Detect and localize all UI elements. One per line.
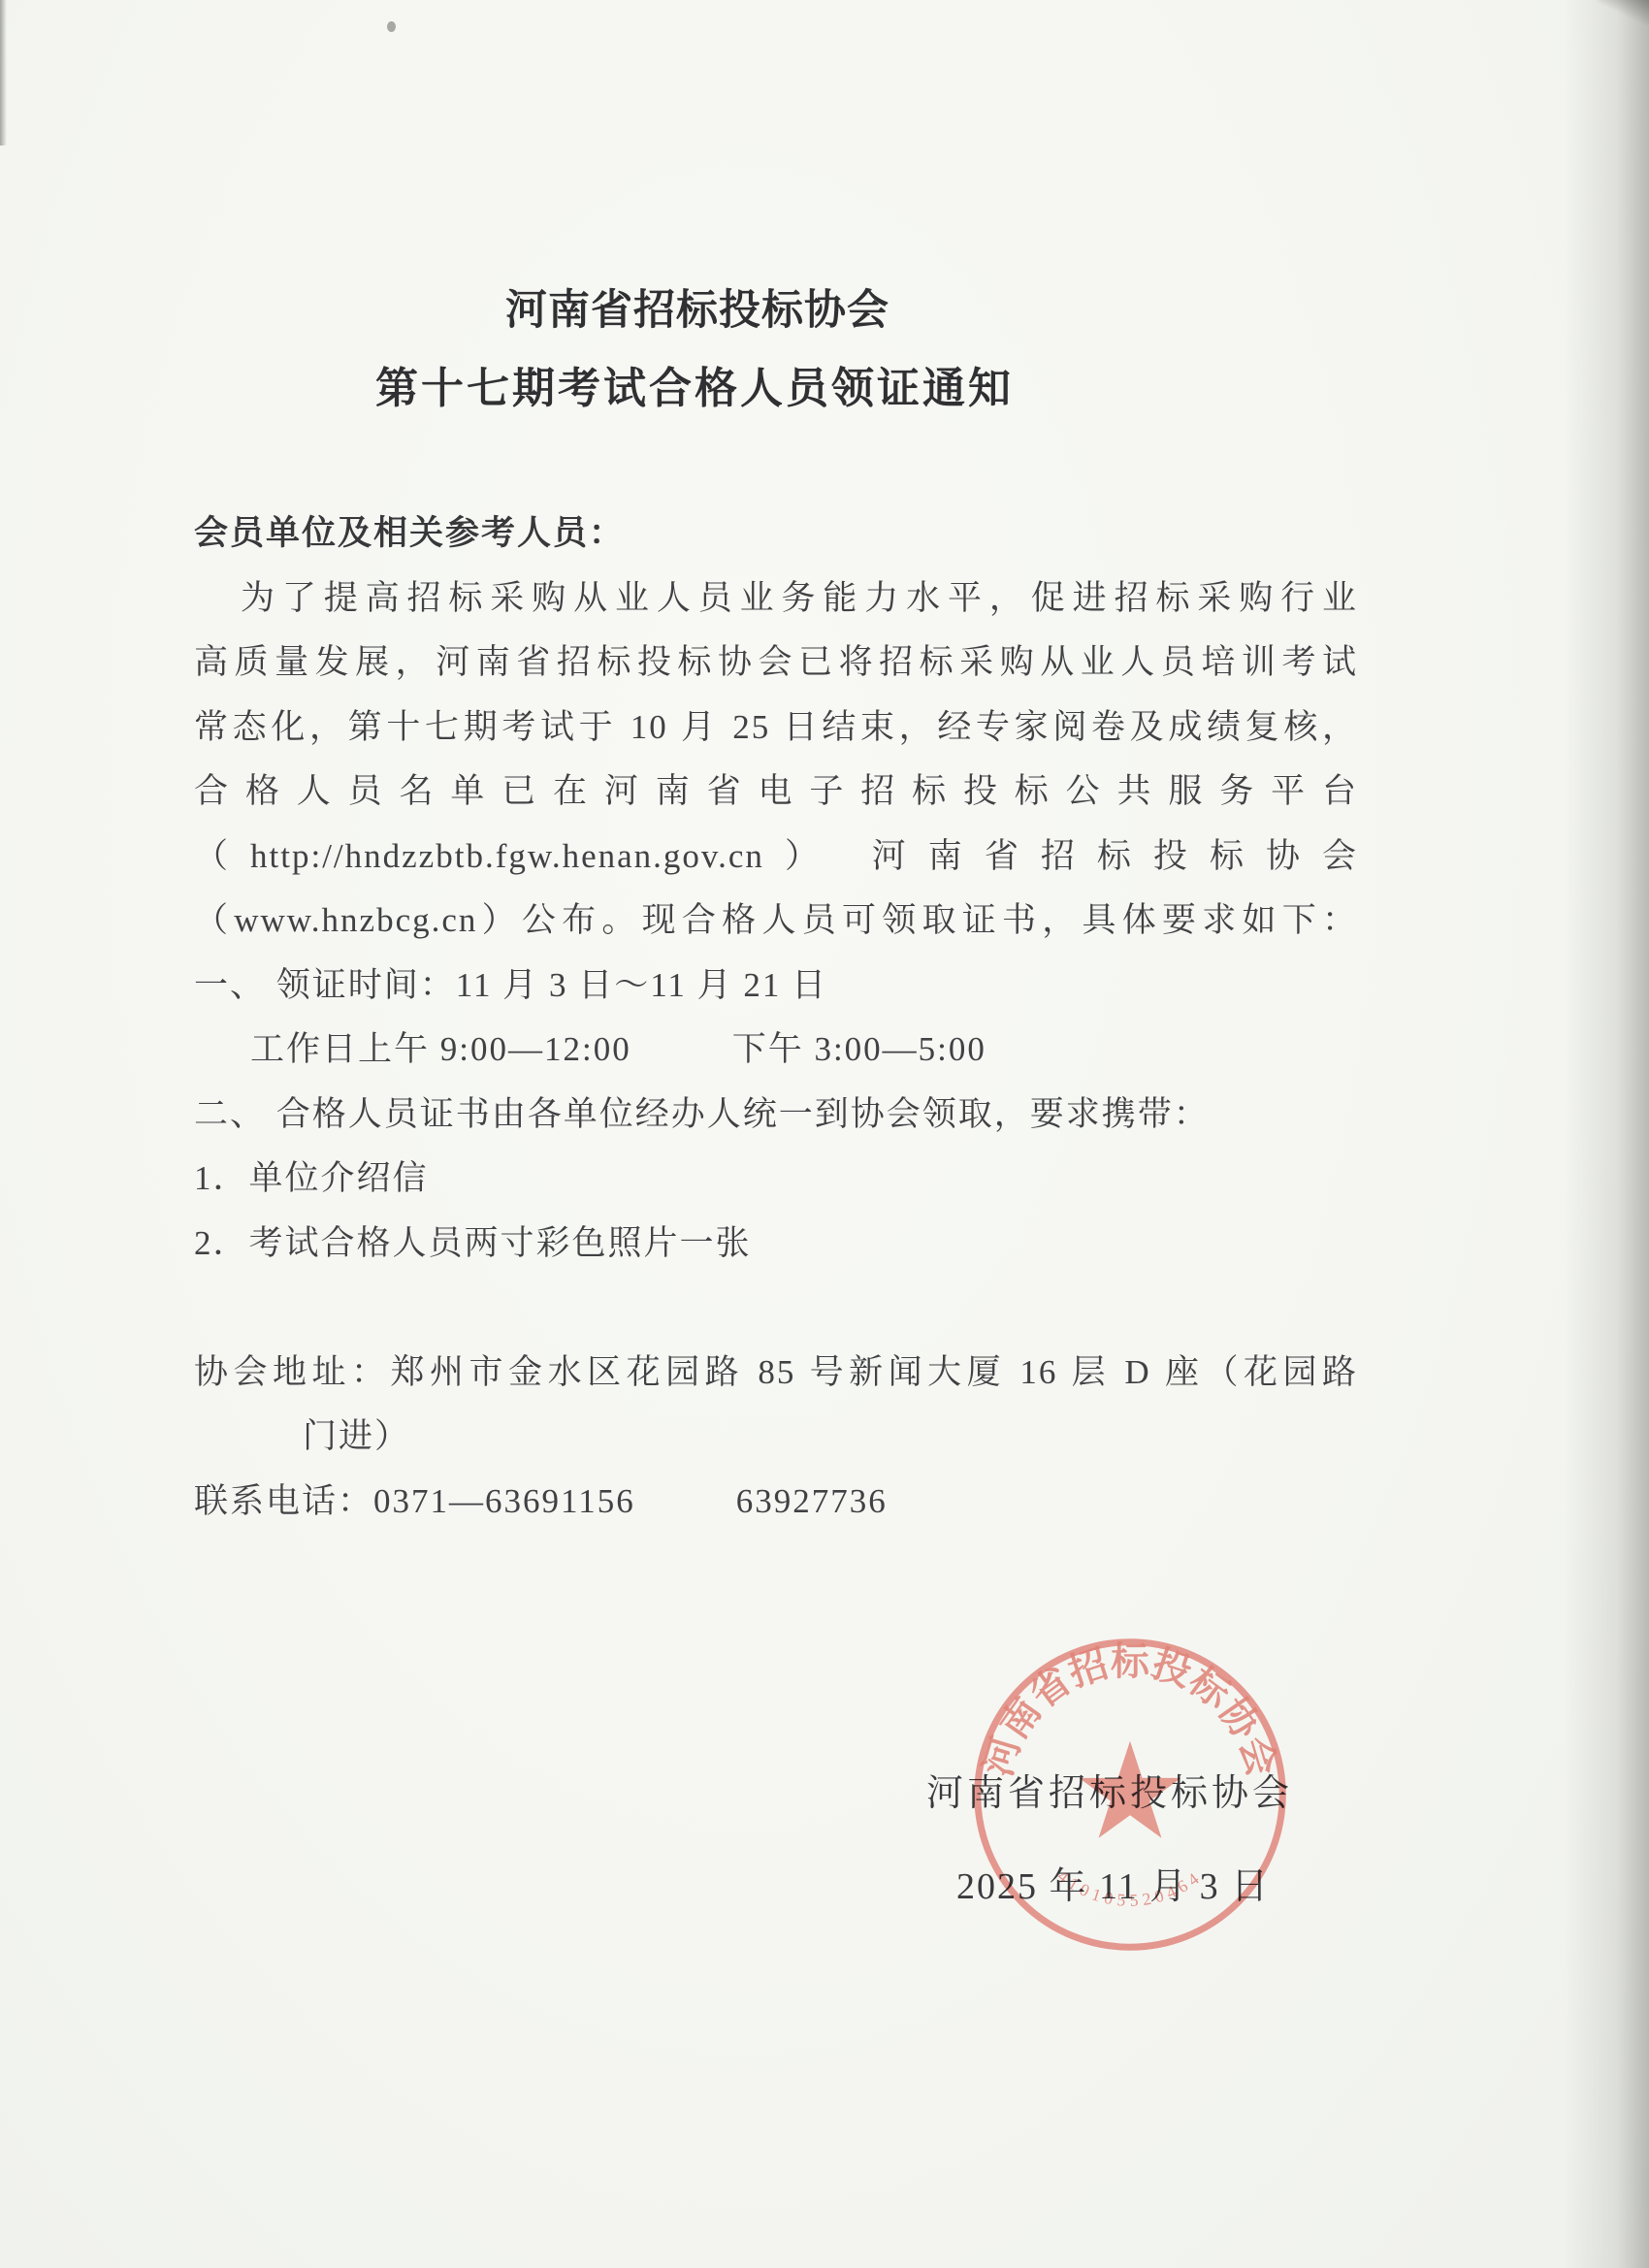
working-hours-morning: 工作日上午 9:00—12:00	[250, 1030, 631, 1068]
seal-arc-text: 河南省招标投标协会	[977, 1640, 1283, 1781]
scan-edge-shadow	[1564, 0, 1649, 2268]
paragraph-line: 为了提高招标采购从业人员业务能力水平，促进招标采购行业	[194, 567, 1358, 632]
paragraph-line: 合格人员名单已在河南省电子招标投标公共服务平台	[194, 760, 1358, 825]
signature-org: 河南省招标投标协会	[926, 1763, 1293, 1816]
phone-number-2: 63927736	[736, 1470, 888, 1535]
spacer	[194, 1276, 1358, 1341]
address-line-1: 协会地址：郑州市金水区花园路 85 号新闻大厦 16 层 D 座（花园路	[194, 1341, 1358, 1406]
scan-corner-mark	[0, 0, 7, 146]
doc-title-org: 河南省招标投标协会	[505, 277, 889, 337]
signature-date: 2025 年 11 月 3 日	[956, 1856, 1270, 1909]
paragraph-line-url: （www.hnzbcg.cn）公布。现合格人员可领取证书，具体要求如下：	[194, 889, 1358, 954]
doc-title-subject: 第十七期考试合格人员领证通知	[375, 353, 1014, 415]
doc-body: 会员单位及相关参考人员： 为了提高招标采购从业人员业务能力水平，促进招标采购行业…	[194, 502, 1358, 1534]
scan-corner-mark	[1597, 0, 1649, 25]
item-2-collection-rule: 二、 合格人员证书由各单位经办人统一到协会领取，要求携带：	[194, 1083, 1358, 1148]
phone-line: 联系电话：0371—6369115663927736	[194, 1470, 1358, 1535]
paragraph-line: 常态化，第十七期考试于 10 月 25 日结束，经专家阅卷及成绩复核，	[194, 696, 1358, 761]
item-1-cert-time: 一、 领证时间：11 月 3 日～11 月 21 日	[194, 954, 1358, 1019]
phone-number-1: 0371—63691156	[373, 1482, 635, 1520]
document-page: 河南省招标投标协会 第十七期考试合格人员领证通知 会员单位及相关参考人员： 为了…	[0, 0, 1649, 2268]
item-1-working-hours: 工作日上午 9:00—12:00下午 3:00—5:00	[194, 1018, 1358, 1083]
list-item-photo: 2．考试合格人员两寸彩色照片一张	[194, 1212, 1358, 1277]
phone-label: 联系电话：	[194, 1482, 373, 1520]
scan-speck	[387, 21, 396, 32]
salutation: 会员单位及相关参考人员：	[194, 502, 1358, 567]
list-item-intro-letter: 1．单位介绍信	[194, 1147, 1358, 1212]
address-line-2: 门进）	[194, 1405, 1358, 1470]
paragraph-line: 高质量发展，河南省招标投标协会已将招标采购从业人员培训考试	[194, 631, 1358, 696]
paragraph-line-url: （http://hndzzbtb.fgw.henan.gov.cn） 河南省招标…	[194, 825, 1358, 890]
working-hours-afternoon: 下午 3:00—5:00	[732, 1018, 986, 1083]
